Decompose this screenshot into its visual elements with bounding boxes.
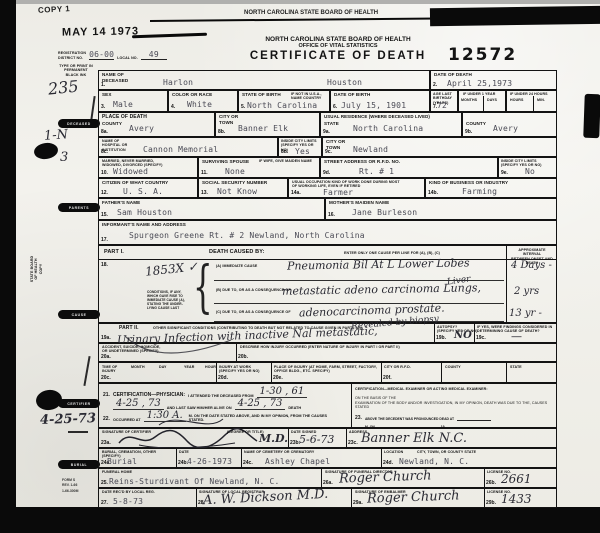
time-of-injury-label: TIME OF INJURY [102,365,117,374]
burial-date-value: 4-26-1973 [187,457,232,466]
year-label: YEAR [184,365,194,369]
embalmer-license-value: 1433 [501,492,532,506]
header-block: NORTH CAROLINA STATE BOARD OF HEALTH OFF… [228,36,448,62]
spouse-label: SURVIVING SPOUSE [202,159,249,165]
copy-label: COPY 1 [38,4,71,15]
margin-code-1853: 1853X ✓ [144,259,198,278]
burial-value: Burial [107,457,137,466]
occupation-value: Farmer [323,188,353,197]
certificate-number: 12572 [448,45,517,65]
burial-date-label: DATE [179,450,189,454]
attended-from-date: 1-30 , 61 [257,387,308,398]
local-no-label: LOCAL NO. [117,56,138,60]
inside-city-2-num: 9e. [501,170,508,176]
findings-num: 19c. [476,335,486,341]
accident-row: ACCIDENT, SUICIDE, HOMICIDE, OR UNDETERM… [98,343,557,362]
date-signed-value: 5-6-73 [299,433,334,446]
field-age: AGE LAST BIRTHDAY (YEARS) 7. 72 [430,90,458,112]
form-edition-notes: FORM S REV. 1-66 1-66-300M [62,478,78,494]
field-sex: SEX 3. Male [98,90,168,112]
funeral-home-label: FUNERAL HOME [102,470,132,474]
tab-certifier: CERTIFIER [58,399,100,408]
race-value: White [187,100,212,109]
certification-divider [351,384,352,427]
time-of-injury-num: 20c. [101,375,111,381]
type-print-note: TYPE OR PRINT IN PERMANENT BLACK INK [52,64,100,77]
field-street-address: STREET ADDRESS OR R.F.D. No. 9d. Rt. # 1 [320,157,498,178]
field-city-of-death: CITY OR TOWN 8b. Banner Elk [215,112,320,137]
form-note-3: 1-66-300M [62,489,78,494]
injury-divider-4 [441,363,442,382]
field-ssn: SOCIAL SECURITY NUMBER 13. Not Know [198,178,288,198]
under-24-hours-label: IF UNDER 24 HOURS [510,92,548,96]
spouse-num: 11. [201,170,208,176]
field-informant: INFORMANT'S NAME AND ADDRESS 17. Spurgeo… [98,220,557,245]
months-label: MONTHS [461,98,477,102]
margin-handwritten-3: 3 [60,150,68,165]
citizen-label: CITIZEN OF WHAT COUNTRY [102,180,168,186]
ssn-label: SOCIAL SECURITY NUMBER [202,180,267,186]
hospital-num: 8c. [101,149,108,155]
date-of-death-num: 2. [433,82,437,88]
father-value: Sam Houston [117,208,172,217]
cemetery-value: Ashley Chapel [265,457,330,466]
right-edge-mark [583,94,600,139]
street-value: Rt. # 1 [359,167,394,176]
field-mother: MOTHER'S MAIDEN NAME 16. Jane Burleson [325,198,557,220]
how-injury-label: DESCRIBE HOW INJURY OCCURRED (ENTER NATU… [240,345,540,349]
field-state-of-birth: STATE OF BIRTH IF NOT IN U.S.A., NAME CO… [238,90,330,112]
header-office: OFFICE OF VITAL STATISTICS [228,43,448,49]
cause-b-label: (b) DUE TO, OR AS A CONSEQUENCE OF [216,288,291,292]
date-received-label: DATE REC'D BY LOCAL REG. [102,490,155,494]
first-name-value: Harlon [163,78,193,87]
injury-state-label: STATE [510,365,522,369]
cause-b-interval: 2 yrs [514,286,539,297]
field-father: FATHER'S NAME 15. Sam Houston [98,198,325,220]
margin-handwritten-235: 235 [47,76,79,98]
place-of-injury-label: PLACE OF INJURY (AT HOME, FARM, STREET, … [274,365,380,374]
registration-district-label: REGISTRATION DISTRICT NO. [58,51,86,60]
part2-title: PART II. [119,325,139,331]
tab-parents: PARENTS [58,203,100,212]
tab-burial: BURIAL [58,460,100,469]
part2-num: 19a. [101,335,111,341]
date-of-death-value: April 25,1973 [447,79,512,88]
usual-residence-label: USUAL RESIDENCE (WHERE DECEASED LIVED) [324,114,430,120]
physician-cert-num: 21. [103,392,110,398]
informant-value: Spurgeon Greene Rt. # 2 Newland, North C… [129,231,365,240]
cause-a-interval: 4 Days - [511,260,552,271]
race-label: COLOR OR RACE [172,92,212,98]
days-label: DAYS [487,98,497,102]
spouse-value: None [225,167,245,176]
sex-value: Male [113,100,133,109]
funeral-row: FUNERAL HOME 25. Reins-Sturdivant Of New… [98,468,557,488]
cemetery-label: NAME OF CEMETERY OR CREMATORY [244,450,314,454]
inside-city-2-label: INSIDE CITY LIMITS (SPECIFY YES OR NO) [501,159,542,168]
marital-value: Widowed [113,167,148,176]
residence-county-label: COUNTY [466,121,486,127]
accident-num: 20a. [101,354,111,360]
scan-left-edge [0,0,16,533]
stray-pen-flourish [119,334,239,360]
registration-district-value: 06-00 [89,50,114,60]
pronounced-blank-1 [457,414,491,421]
certification-block: 21. CERTIFICATION—PHYSICIAN: I ATTENDED … [98,383,557,428]
alive-on-date: 4-25 , 73 [235,399,286,410]
funeral-divider-1 [321,469,322,487]
field-under-1-year: IF UNDER 1 YEAR MONTHS DAYS [458,90,506,112]
certificate-title: CERTIFICATE OF DEATH [228,50,448,62]
inside-city-1-value: Yes [295,147,310,156]
registrar-divider-1 [196,489,197,507]
age-value: 72 [437,101,447,110]
hospital-value: Cannon Memorial [143,145,218,154]
sex-num: 3. [101,104,105,110]
location-num: 24d. [383,460,393,466]
father-label: FATHER'S NAME [102,200,140,206]
injury-row: TIME OF INJURY 20c. MONTH DAY YEAR HOUR … [98,362,557,383]
state-board-copy-vertical: STATE BOARD OF HEALTH COPY [30,236,43,302]
injury-divider-5 [506,363,507,382]
last-name-value: Houston [327,78,362,87]
sex-label: SEX [102,92,112,98]
redaction-bar [430,6,600,26]
pronounced-num: 23. [355,415,362,421]
mother-label: MOTHER'S MAIDEN NAME [329,200,389,206]
physician-cert-line1: 21. CERTIFICATION—PHYSICIAN: I ATTENDED … [103,387,307,398]
state-of-birth-value: North Carolina [247,101,317,110]
received-date-stamp: MAY 14 1973 [62,25,139,38]
pronounced-label: ABOVE THE DECEDENT WAS PRONOUNCED DEAD A… [365,417,454,421]
county-label: COUNTY [102,121,122,127]
street-num: 9d. [323,170,330,176]
signature-certifier-num: 23a. [101,440,111,446]
industry-num: 14b. [428,190,438,196]
field-surviving-spouse: SURVIVING SPOUSE IF WIFE, GIVE MAIDEN NA… [198,157,320,178]
date-received-num: 27. [101,500,108,506]
conditions-note: CONDITIONS, IF ANY, WHICH GAVE RISE TO I… [147,290,199,310]
city-of-death-value: Banner Elk [238,124,288,133]
part1-note: ENTER ONLY ONE CAUSE PER LINE FOR (a), (… [344,251,440,255]
date-received-value: 5-8-73 [113,497,143,506]
field-occupation: USUAL OCCUPATION KIND OF WORK DONE DURIN… [288,178,425,198]
injury-divider-2 [271,363,272,382]
field-date-of-birth: DATE OF BIRTH 6. July 15, 1901 [330,90,430,112]
signature-divider-2 [346,429,347,447]
tab-cause: CAUSE [58,310,100,319]
part1-interval-divider [506,246,507,322]
field-race: COLOR OR RACE 4. White [168,90,238,112]
location-sublabel: CITY, TOWN, OR COUNTY STATE [417,450,476,454]
spouse-sublabel: IF WIFE, GIVE MAIDEN NAME [259,159,312,163]
inside-city-1-num: 8d. [281,149,288,155]
cause-a-label: (a) IMMEDIATE CAUSE [216,264,257,268]
state-of-birth-label: STATE OF BIRTH [242,92,281,98]
local-no-value: 49 [141,50,167,60]
injury-county-label: COUNTY [445,365,461,369]
funeral-director-signature: Roger Church [339,468,432,486]
autopsy-num: 19b. [436,335,446,341]
findings-value: — [511,330,522,343]
inside-city-2-value: No [525,167,535,176]
field-inside-city-limits-2: INSIDE CITY LIMITS (SPECIFY YES OR NO) 9… [498,157,557,178]
name-num: 1. [101,82,105,88]
citizen-num: 12. [101,190,108,196]
hour-label: HOUR [205,365,216,369]
occupation-num: 14a. [291,190,301,196]
race-num: 4. [171,104,175,110]
field-marital-status: MARRIED, NEVER MARRIED, WIDOWED, DIVORCE… [98,157,198,178]
burial-divider-1 [176,449,177,467]
ssn-value: Not Know [217,187,257,196]
cemetery-num: 24c. [243,460,253,466]
cause-c-label: (c) DUE TO, OR AS A CONSEQUENCE OF [216,310,291,314]
degree-value: M.D. [259,432,288,445]
industry-value: Farming [462,187,497,196]
field-place-of-death-county: PLACE OF DEATH COUNTY 8a. Avery [98,112,215,137]
funeral-home-num: 25. [101,480,108,486]
residence-county-value: Avery [493,124,518,133]
residence-state-label: STATE [324,121,339,127]
marital-num: 10. [101,170,108,176]
injury-divider-1 [216,363,217,382]
field-name-of-deceased: NAME OF DECEASED 1. Harlon Houston [98,70,430,90]
field-under-24-hours: IF UNDER 24 HOURS HOURS MIN. [506,90,557,112]
field-hospital: NAME OF HOSPITAL OR INSTITUTION 8c. Cann… [98,137,278,157]
board-of-health-topline: NORTH CAROLINA STATE BOARD OF HEALTH [244,10,378,16]
signature-row: SIGNATURE OF CERTIFIER 23a. (DEGREE OR T… [98,428,557,448]
ssn-num: 13. [201,190,208,196]
field-date-of-death: DATE OF DEATH 2. April 25,1973 [430,70,557,90]
registrar-row: DATE REC'D BY LOCAL REG. 27. 5-8-73 SIGN… [98,488,557,508]
embalmer-signature: Roger Church [367,488,460,506]
field-inside-city-limits-1: INSIDE CITY LIMITS (SPECIFY YES OR NO) 8… [278,137,322,157]
autopsy-divider-right [474,324,475,342]
informant-label: INFORMANT'S NAME AND ADDRESS [102,222,186,228]
margin-handwritten-date: 4-25-73 [40,411,97,428]
citizen-value: U. S. A. [123,187,163,196]
burial-divider-3 [381,449,382,467]
street-label: STREET ADDRESS OR R.F.D. No. [324,159,400,165]
scanned-death-certificate: { "scan": { "copy": "COPY 1", "num": "12… [0,0,600,533]
medical-examiner-basis-2: EXAMINATION OF THE BODY AND/OR INVESTIGA… [355,401,551,410]
city-of-death-label: CITY OR TOWN [219,114,238,125]
address-value: Banner Elk N.C. [361,431,467,446]
industry-label: KIND OF BUSINESS OR INDUSTRY [429,180,508,186]
date-of-birth-num: 6. [333,104,337,110]
name-label: NAME OF DECEASED [102,72,128,83]
place-of-death-label: PLACE OF DEATH [102,114,147,120]
place-of-injury-num: 20e. [273,375,283,381]
field-residence-city: CITY OR TOWN 9c. Newland [322,137,557,157]
physician-cert-line2: 4-25 , 73 AND LAST SAW HIM/HER ALIVE ON … [113,399,301,410]
occurred-at-label: OCCURRED AT [113,418,141,422]
cause-c-interval: 13 yr - [509,308,542,319]
field-industry: KIND OF BUSINESS OR INDUSTRY 14b. Farmin… [425,178,557,198]
city-of-death-num: 8b. [218,129,225,135]
location-label: LOCATION [384,450,403,454]
funeral-director-num: 26a. [323,480,333,486]
pronounced-line: 23. ABOVE THE DECEDENT WAS PRONOUNCED DE… [355,414,491,421]
residence-city-value: Newland [353,145,388,154]
cause-brace: { [193,260,213,316]
under-1-year-divider [483,96,484,111]
part1-caused-by: DEATH CAUSED BY: [209,249,264,256]
funeral-divider-2 [484,469,485,487]
county-value: Avery [129,124,154,133]
registrar-divider-3 [484,489,485,507]
field-residence-county: COUNTY 9b. Avery [462,112,557,137]
residence-state-num: 9a. [323,129,330,135]
margin-tick [68,431,88,433]
location-value: Newland, N. C. [399,457,469,466]
injury-at-work-num: 20d. [218,375,228,381]
injury-at-work-label: INJURY AT WORK (SPECIFY YES OR NO) [219,365,260,374]
part1-num: 18. [101,262,108,268]
residence-county-num: 9b. [465,129,472,135]
city-rfd-label: CITY OR R.F.D. [384,365,411,369]
mother-num: 16. [328,212,335,218]
date-of-death-label: DATE OF DEATH [434,72,472,78]
embalmer-license-num: 29b. [486,500,496,506]
field-residence-state: USUAL RESIDENCE (WHERE DECEASED LIVED) S… [320,112,462,137]
date-of-birth-value: July 15, 1901 [341,101,406,110]
residence-city-num: 9c. [325,149,332,155]
death-word: DEATH [288,406,301,410]
father-num: 15. [101,212,108,218]
header-org: NORTH CAROLINA STATE BOARD OF HEALTH [228,36,448,43]
day-label: DAY [159,365,167,369]
signature-divider-1 [288,429,289,447]
under-24-hours-divider [533,96,534,111]
mother-value: Jane Burleson [352,208,417,217]
registrar-divider-2 [351,489,352,507]
residence-state-value: North Carolina [353,124,423,133]
county-num: 8a. [101,129,108,135]
director-license-value: 2661 [501,472,532,486]
city-rfd-num: 20f. [383,375,392,381]
hours-label: HOURS [510,98,523,102]
medical-examiner-basis-1: ON THE BASIS OF THE [355,396,551,400]
part1-section: PART I. DEATH CAUSED BY: ENTER ONLY ONE … [98,245,557,323]
min-label: MIN. [537,98,545,102]
state-of-birth-sublabel: IF NOT IN U.S.A., NAME COUNTRY [291,92,322,101]
injury-divider-3 [381,363,382,382]
date-of-birth-label: DATE OF BIRTH [334,92,370,98]
registration-line: REGISTRATION DISTRICT NO. 06-00 LOCAL NO… [58,50,167,60]
medical-examiner-title: CERTIFICATION—MEDICAL EXAMINER OR ACTING… [355,387,551,391]
informant-num: 17. [101,237,108,243]
how-injury-num: 20b. [238,354,248,360]
scan-bottom-edge [0,507,600,533]
under-1-year-label: IF UNDER 1 YEAR [463,92,495,96]
autopsy-divider-left [434,324,435,342]
month-label: MONTH [131,365,145,369]
burial-row: BURIAL, CREMATION, OTHER (SPECIFY) 24a. … [98,448,557,468]
funeral-home-value: Reins-Sturdivant Of Newland, N. C. [109,477,280,486]
burial-divider-2 [241,449,242,467]
cause-a-value: Pneumonia Bil At L Lower Lobes [287,256,470,272]
state-of-birth-num: 5. [241,104,245,110]
field-citizen: CITIZEN OF WHAT COUNTRY 12. U. S. A. [98,178,198,198]
attended-to-date: 4-25 , 73 [113,399,164,410]
part1-title: PART I. [104,249,124,256]
occurred-num: 22. [103,416,110,422]
embalmer-num: 29a. [353,500,363,506]
address-num: 23c. [348,440,358,446]
autopsy-value: NO [454,330,472,341]
director-license-num: 26b. [486,480,496,486]
margin-handwritten-1n: 1-N [44,127,69,144]
